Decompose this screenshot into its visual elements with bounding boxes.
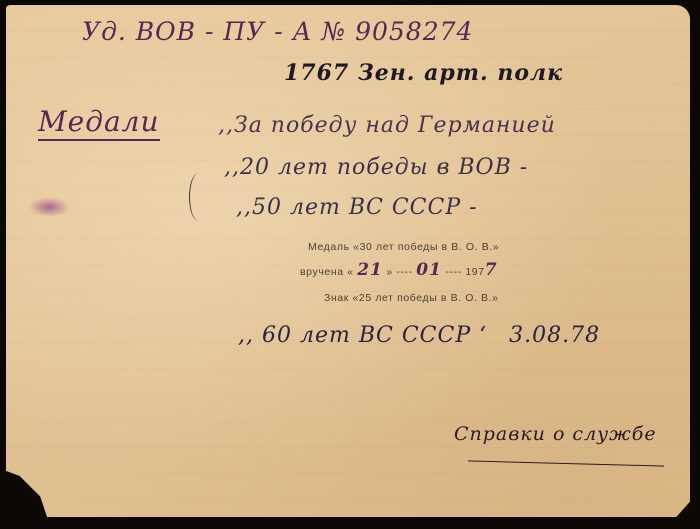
footer-underline — [468, 460, 664, 466]
medals-label: Медали — [38, 105, 160, 138]
medals-label-text: Медали — [38, 105, 160, 141]
unit-line: 1767 Зен. арт. полк — [284, 60, 563, 86]
footer-note: Справки о службе — [454, 423, 657, 445]
medal-60-date: 3.08.78 — [509, 323, 600, 348]
issued-year-prefix: ---- 197 — [445, 266, 484, 278]
document-card: Уд. ВОВ - ПУ - А № 9058274 1767 Зен. арт… — [6, 5, 690, 517]
issued-day: 21 — [357, 260, 383, 280]
printed-badge-25: Знак «25 лет победы в В. О. В.» — [324, 292, 499, 304]
medal-line-1: ,,За победу над Германией — [218, 113, 556, 138]
issued-prefix: вручена « — [300, 266, 354, 278]
bracket-mark — [189, 173, 208, 221]
issued-month: 01 — [416, 260, 442, 280]
medal-line-3: ,,50 лет ВС СССР - — [236, 195, 478, 220]
ink-stain — [28, 197, 70, 217]
issued-year-suffix: 7 — [485, 260, 498, 280]
certificate-number-line: Уд. ВОВ - ПУ - А № 9058274 — [82, 17, 473, 46]
medal-60-text: ,, 60 лет ВС СССР ‘ — [238, 323, 487, 348]
issued-mid: » ---- — [386, 266, 412, 278]
printed-medal-30-label: Медаль «30 лет победы в В. О. В.» — [308, 241, 499, 253]
printed-medal-30-issued: вручена « 21 » ---- 01 ---- 1977 — [300, 260, 498, 280]
medal-60-line: ,, 60 лет ВС СССР ‘ 3.08.78 — [238, 323, 600, 348]
medal-line-2: ,,20 лет победы в ВОВ - — [224, 155, 528, 180]
